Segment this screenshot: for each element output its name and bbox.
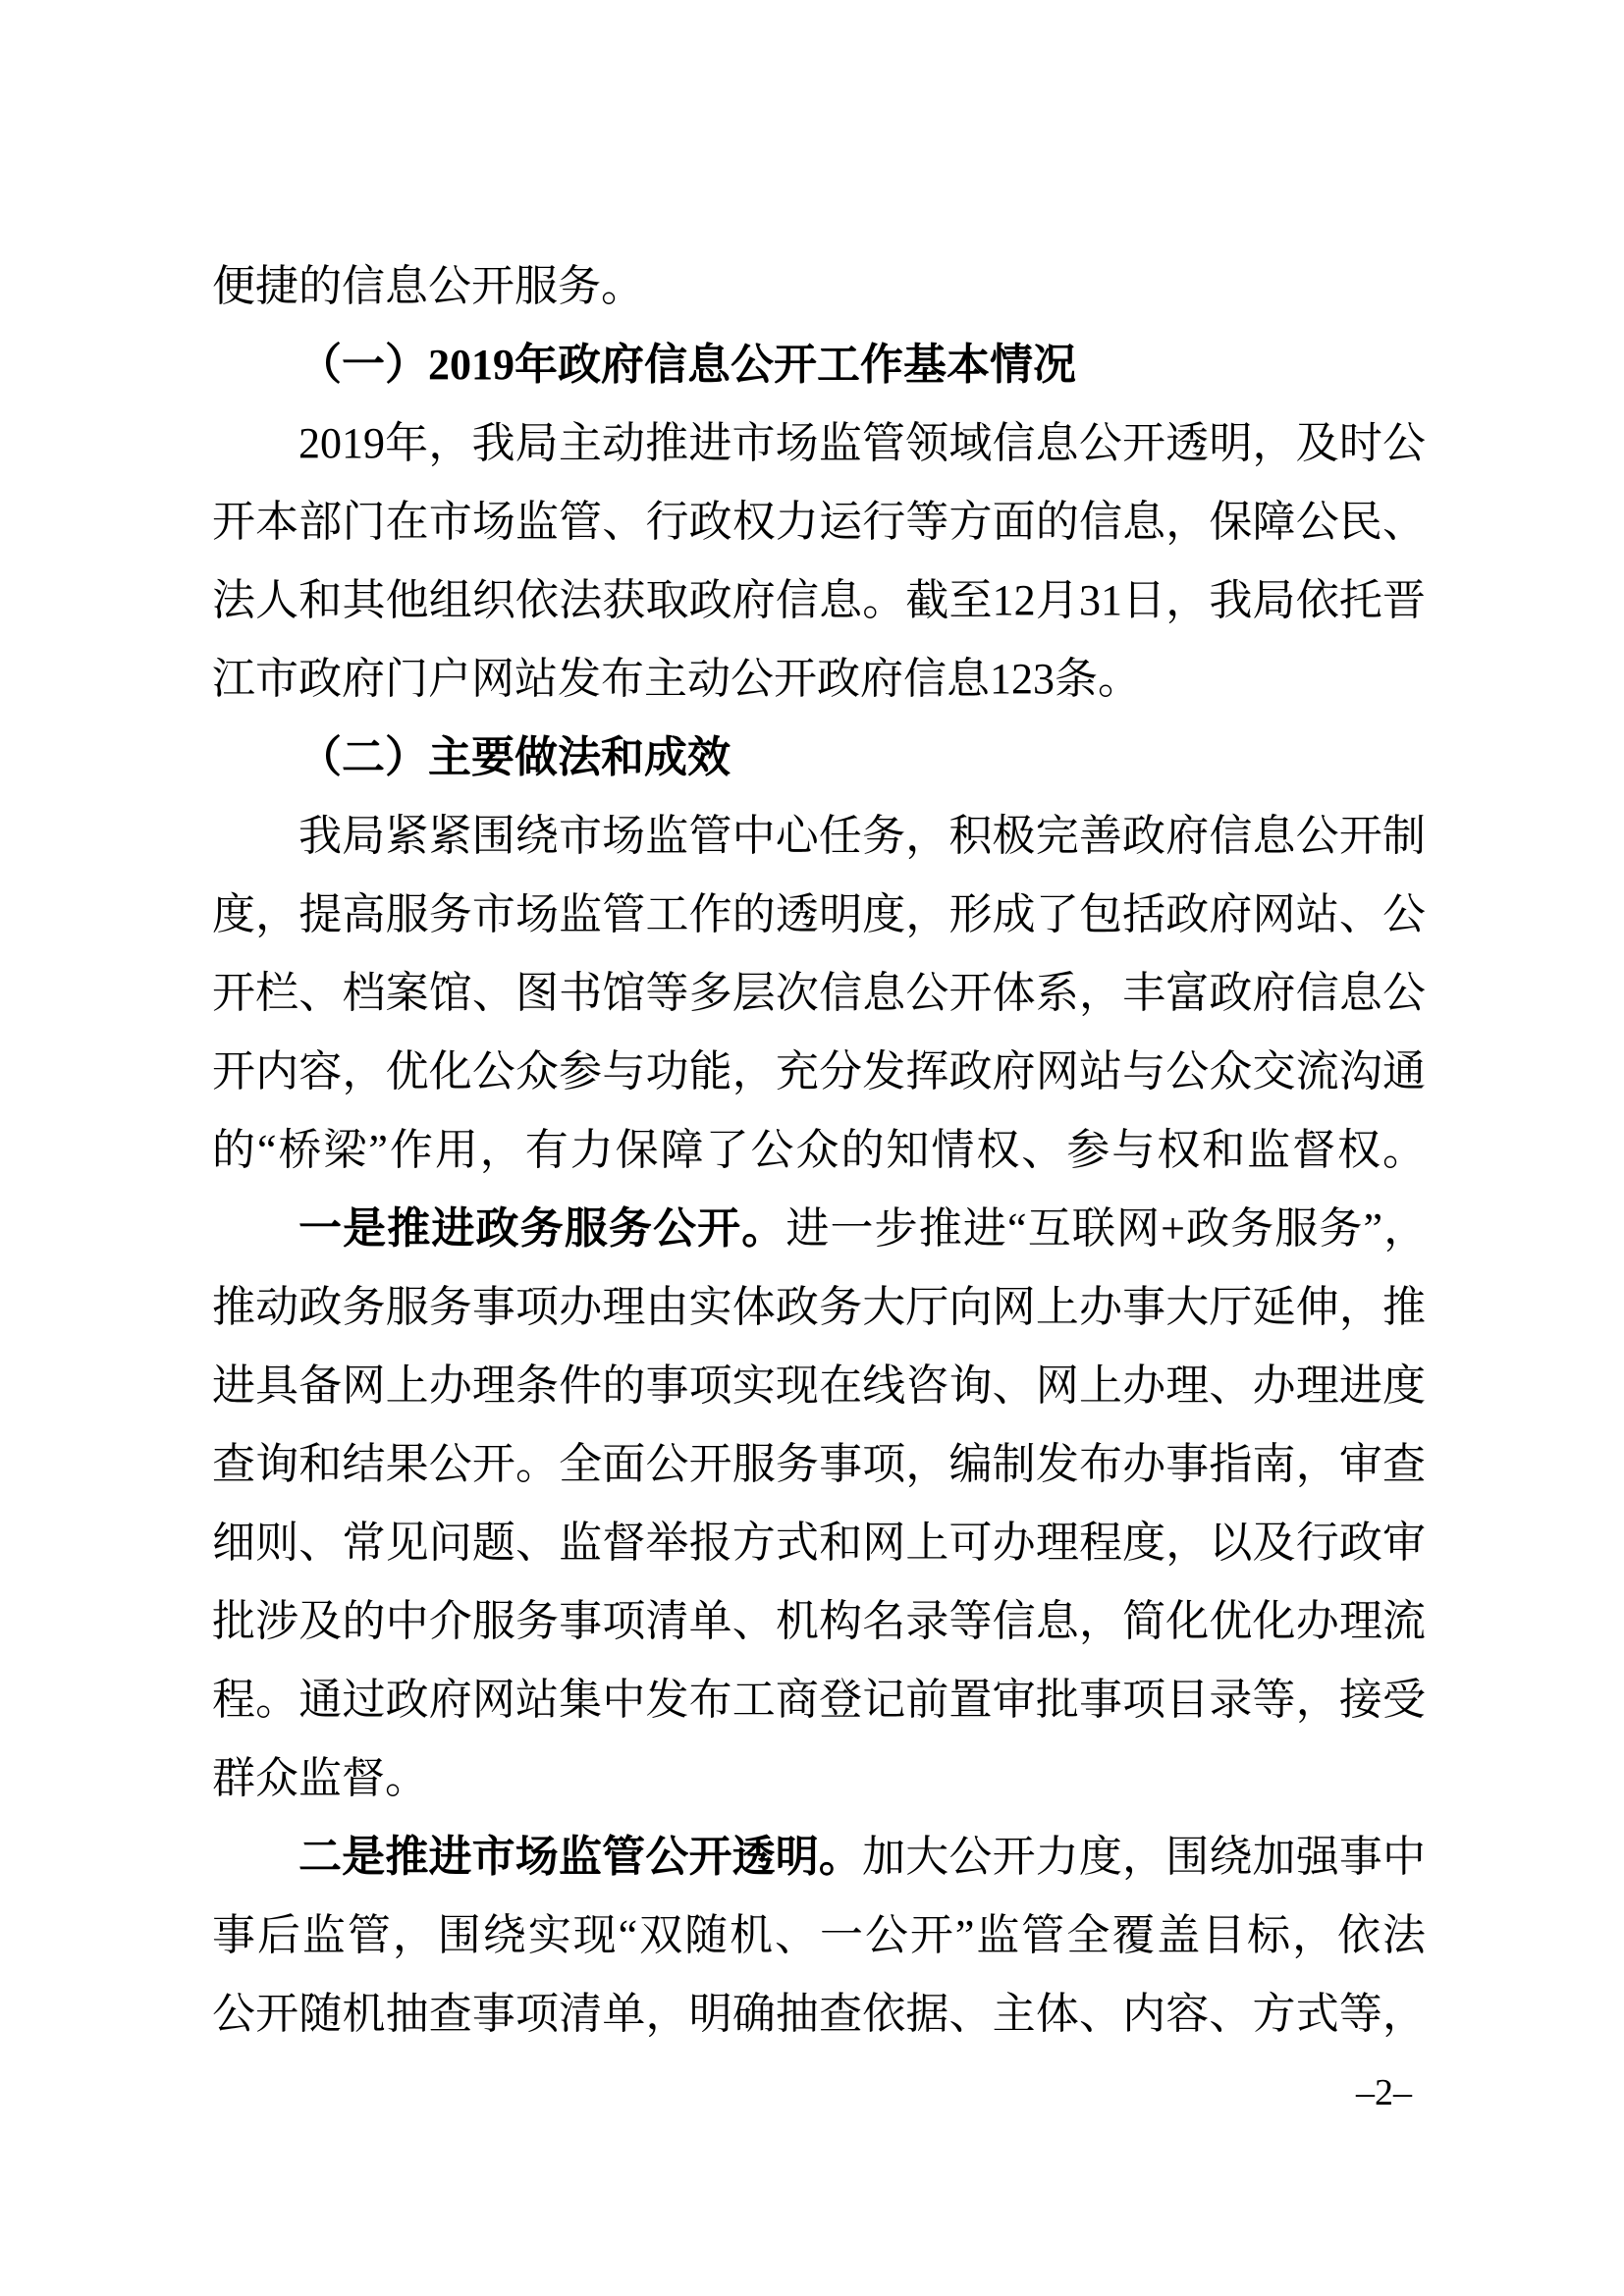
paragraph-line: 二是推进市场监管公开透明。加大公开力度，围绕加强事中: [212, 1818, 1426, 1896]
paragraph-line: 开本部门在市场监管、行政权力运行等方面的信息，保障公民、: [212, 483, 1426, 561]
paragraph-line: 开内容，优化公众参与功能，充分发挥政府网站与公众交流沟通: [212, 1033, 1426, 1111]
bold-lead-measure-two: 二是推进市场监管公开透明。: [298, 1833, 862, 1881]
paragraph-line: 程。通过政府网站集中发布工商登记前置审批事项目录等，接受: [212, 1661, 1426, 1739]
paragraph-line: 事后监管，围绕实现“双随机、一公开”监管全覆盖目标，依法: [212, 1896, 1426, 1975]
section-heading-two: （二）主要做法和成效: [212, 719, 1426, 797]
paragraph-line: 批涉及的中介服务事项清单、机构名录等信息，简化优化办理流: [212, 1582, 1426, 1661]
paragraph-line: 进具备网上办理条件的事项实现在线咨询、网上办理、办理进度: [212, 1347, 1426, 1425]
paragraph-line: 公开随机抽查事项清单，明确抽查依据、主体、内容、方式等，: [212, 1975, 1426, 2054]
lead-rest-text: 进一步推进“互联网+政务服务”，: [785, 1204, 1426, 1253]
paragraph-line: 开栏、档案馆、图书馆等多层次信息公开体系，丰富政府信息公: [212, 954, 1426, 1033]
paragraph-line: 的“桥梁”作用，有力保障了公众的知情权、参与权和监督权。: [212, 1111, 1426, 1190]
paragraph-line: 群众监督。: [212, 1739, 1426, 1818]
paragraph-line: 查询和结果公开。全面公开服务事项，编制发布办事指南，审查: [212, 1425, 1426, 1504]
paragraph-line: 2019年，我局主动推进市场监管领域信息公开透明，及时公: [212, 404, 1426, 483]
page-number: –2–: [1356, 2069, 1412, 2116]
paragraph-line: 细则、常见问题、监督举报方式和网上可办理程度，以及行政审: [212, 1504, 1426, 1582]
paragraph-line: 我局紧紧围绕市场监管中心任务，积极完善政府信息公开制: [212, 797, 1426, 876]
document-page: 便捷的信息公开服务。 （一）2019年政府信息公开工作基本情况 2019年，我局…: [0, 0, 1624, 2296]
document-body: 便捷的信息公开服务。 （一）2019年政府信息公开工作基本情况 2019年，我局…: [212, 247, 1426, 2054]
paragraph-line: 法人和其他组织依法获取政府信息。截至12月31日，我局依托晋: [212, 561, 1426, 640]
paragraph-line: 推动政务服务事项办理由实体政务大厅向网上办事大厅延伸，推: [212, 1268, 1426, 1347]
paragraph-line: 度，提高服务市场监管工作的透明度，形成了包括政府网站、公: [212, 876, 1426, 954]
paragraph-line: 一是推进政务服务公开。进一步推进“互联网+政务服务”，: [212, 1190, 1426, 1268]
paragraph-line: 便捷的信息公开服务。: [212, 247, 1426, 326]
paragraph-line: 江市政府门户网站发布主动公开政府信息123条。: [212, 640, 1426, 719]
bold-lead-measure-one: 一是推进政务服务公开。: [298, 1204, 785, 1253]
lead-rest-text: 加大公开力度，围绕加强事中: [862, 1833, 1426, 1881]
section-heading-one: （一）2019年政府信息公开工作基本情况: [212, 326, 1426, 404]
